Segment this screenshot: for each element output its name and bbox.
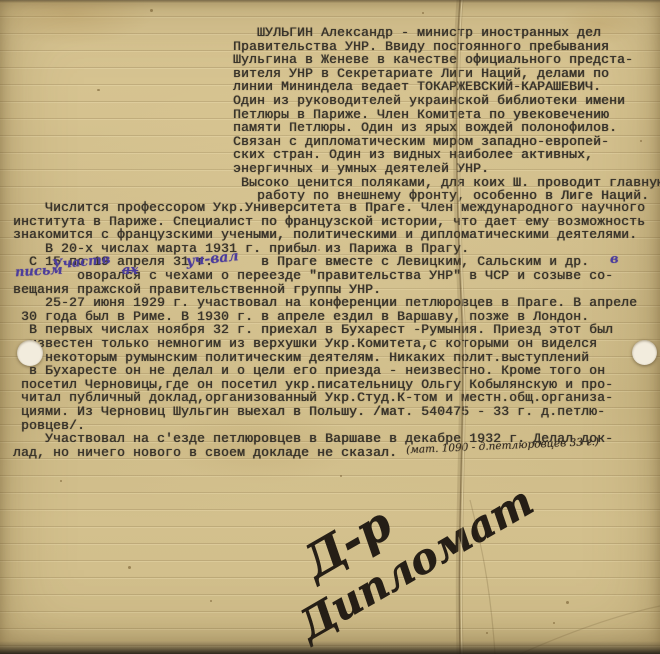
text-line: читал публичный доклад,организованный Ук…: [5, 391, 645, 405]
paragraph-body: Числится профессором Укр.Университета в …: [5, 201, 645, 459]
text-line: в Бухаресте он не делал и о цели его при…: [5, 364, 645, 378]
text-line: ских стран. Один из видных наиболее акти…: [233, 148, 660, 162]
paper-speck: [150, 9, 153, 12]
paper-speck: [318, 249, 320, 251]
text-line: известен только немногим из верхушки Укр…: [5, 337, 645, 351]
text-line: оворался с чехами о переезде "правительс…: [5, 269, 645, 283]
scan-edge-top: [0, 0, 660, 3]
paper-speck: [60, 480, 62, 482]
paper-speck: [128, 566, 131, 569]
paper-speck: [486, 632, 488, 634]
text-line: института в Париже. Специалист по францу…: [5, 215, 645, 229]
text-line: энергичных и умных деятелей УНР.: [233, 162, 660, 176]
paper-speck: [97, 89, 100, 91]
paper-speck: [422, 12, 424, 14]
document-scan: ШУЛЬГИН Александр - министр иностранных …: [0, 0, 660, 654]
paper-speck: [340, 475, 342, 477]
paragraph-intro: ШУЛЬГИН Александр - министр иностранных …: [233, 26, 660, 203]
paper-speck: [566, 601, 569, 604]
text-line: знакомится с французскими учеными, полит…: [5, 228, 645, 242]
punch-hole-right: [632, 340, 657, 365]
handwritten-strikethrough: ах: [122, 263, 138, 278]
paper-speck: [640, 140, 642, 142]
text-line: ШУЛЬГИН Александр - министр иностранных …: [233, 26, 660, 40]
text-line: вещания пражской правительственной групп…: [5, 283, 645, 297]
text-line: Правительства УНР. Ввиду постоянного пре…: [233, 40, 660, 54]
text-line: памяти Петлюры. Один из ярых вождей поло…: [233, 121, 660, 135]
text-line: Один из руководителей украинской библиот…: [233, 94, 660, 108]
text-line: 25-27 июня 1929 г. участвовал на конфере…: [5, 296, 645, 310]
text-line: линии Мининдела ведает ТОКАРЖЕВСКИЙ-КАРА…: [233, 80, 660, 94]
text-line: циями. Из Черновиц Шульгин выехал в Поль…: [5, 405, 645, 419]
paper-speck: [210, 600, 212, 602]
signature-handwritten: Д-р Дипломат: [255, 468, 525, 648]
text-line: и некоторым румынским политическим деяте…: [5, 351, 645, 365]
text-line: В первых числах ноября 32 г. приехал в Б…: [5, 323, 645, 337]
text-line: Шульгина в Женеве в качестве официальног…: [233, 53, 660, 67]
paper-speck: [553, 622, 555, 624]
text-line: Числится профессором Укр.Университета в …: [5, 201, 645, 215]
punch-hole-left: [17, 340, 43, 366]
handwritten-margin-letter: в: [610, 252, 619, 267]
